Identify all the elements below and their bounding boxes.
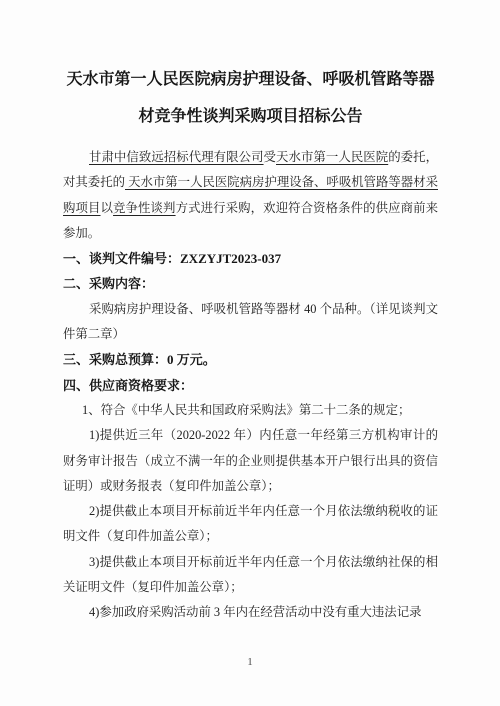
- qualification-subitem-1: 1)提供近三年（2020-2022 年）内任意一年经第三方机构审计的财务审计报告…: [63, 423, 438, 499]
- qualification-subitem-2: 2)提供截止本项目开标前近半年内任意一个月依法缴纳税收的证明文件（复印件加盖公章…: [63, 499, 438, 550]
- qualification-subitem-4: 4)参加政府采购活动前 3 年内在经营活动中没有重大违法记录: [63, 600, 438, 625]
- section-budget: 三、采购总预算：0 万元。: [63, 347, 438, 372]
- intro-text: 以: [101, 201, 114, 215]
- intro-paragraph: 甘肃中信致远招标代理有限公司受天水市第一人民医院的委托，对其委托的 天水市第一人…: [63, 145, 438, 246]
- qualification-subitem-3: 3)提供截止本项目开标前近半年内任意一个月依法缴纳社保的相关证明文件（复印件加盖…: [63, 550, 438, 601]
- section-doc-number: 一、谈判文件编号：ZXZYJT2023-037: [63, 246, 438, 271]
- procurement-method: 竞争性谈判: [113, 201, 176, 215]
- doc-number-label: 一、谈判文件编号：: [63, 251, 180, 266]
- content-body: 采购病房护理设备、呼吸机管路等器材 40 个品种。（详见谈判文件第二章）: [63, 297, 438, 348]
- qualification-item: 1、符合《中华人民共和国政府采购法》第二十二条的规定；: [63, 398, 438, 423]
- intro-text: 受: [264, 150, 276, 164]
- page-number: 1: [0, 656, 500, 668]
- section-content-heading: 二、采购内容：: [63, 271, 438, 296]
- document-title: 天水市第一人民医院病房护理设备、呼吸机管路等器材竞争性谈判采购项目招标公告: [63, 61, 438, 135]
- section-qualification-heading: 四、供应商资格要求：: [63, 373, 438, 398]
- document-page: 天水市第一人民医院病房护理设备、呼吸机管路等器材竞争性谈判采购项目招标公告 甘肃…: [0, 0, 500, 706]
- agency-name: 甘肃中信致远招标代理有限公司: [89, 150, 264, 164]
- budget-value: 0 万元。: [167, 352, 216, 367]
- client-name: 天水市第一人民医院: [276, 150, 388, 164]
- doc-number-value: ZXZYJT2023-037: [180, 251, 281, 266]
- budget-label: 三、采购总预算：: [63, 352, 167, 367]
